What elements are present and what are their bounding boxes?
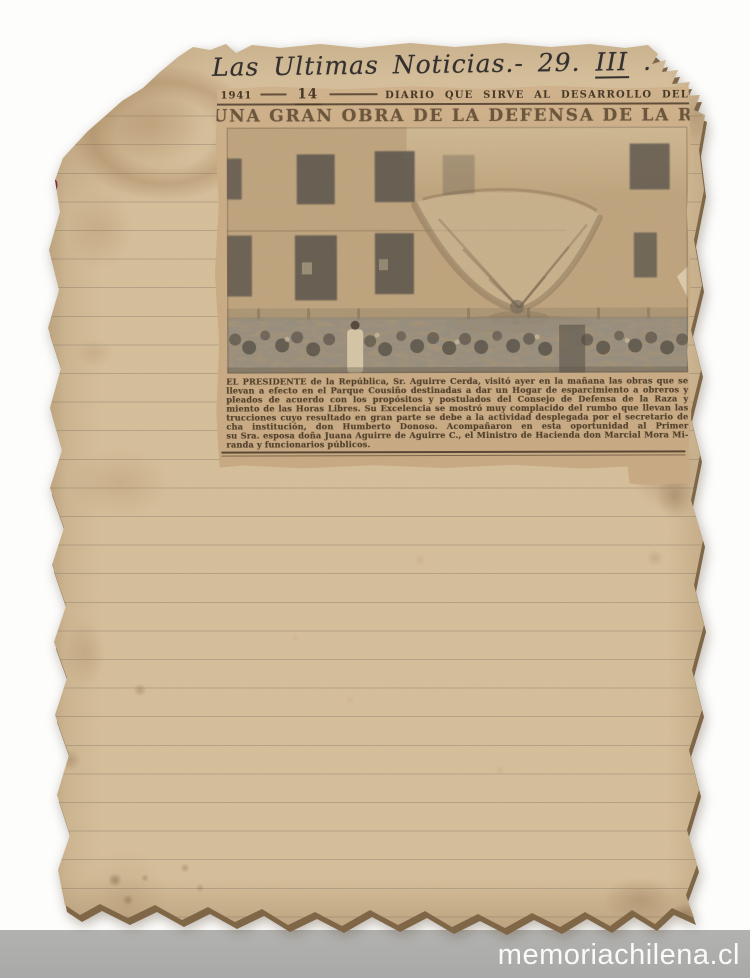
caption-line: su Sra. esposa doña Juana Aguirre de Agu… <box>226 430 688 440</box>
watermark-band: memoriachilena.cl <box>0 930 750 978</box>
red-ink-blot-small <box>50 203 58 213</box>
scrapbook-sheet: Las Ultimas Noticias.- 29. III . 41 1941… <box>40 38 708 930</box>
masthead-rule-dash <box>260 93 286 95</box>
scanned-scrapbook-page: memoriachilena.cl Las Ultimas Noticias.-… <box>0 0 750 978</box>
masthead-year: 1941 <box>220 91 252 102</box>
clipping-bottom-rule <box>221 450 685 453</box>
watermark-text: memoriachilena.cl <box>0 930 750 978</box>
clipping-bottom-rule-thin <box>221 454 685 456</box>
roman-numeral-month: III <box>594 47 629 78</box>
masthead-rule-dash <box>329 93 377 95</box>
article-headline: UNA GRAN OBRA DE LA DEFENSA DE LA RAZA <box>213 105 695 126</box>
photo-caption: EL PRESIDENTE de la República, Sr. Aguir… <box>226 376 688 449</box>
news-photo-building-crowd <box>227 126 689 373</box>
handwritten-date-note: Las Ultimas Noticias.- 29. III . 41 <box>212 47 632 89</box>
newspaper-clipping: 1941 14 DIARIO QUE SIRVE AL DESARROLLO D… <box>212 82 695 489</box>
caption-line: randa y funcionarios públicos. <box>226 439 688 449</box>
